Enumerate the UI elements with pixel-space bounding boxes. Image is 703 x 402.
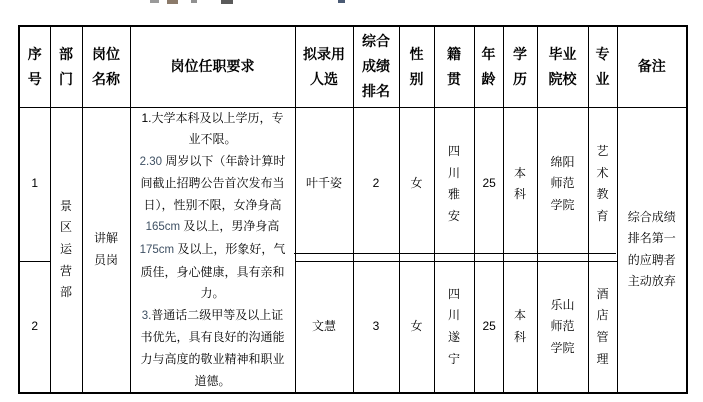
cell-department: 景区运营部 [50, 107, 82, 393]
header-position: 岗位名称 [82, 26, 130, 107]
header-candidate: 拟录用人选 [295, 26, 353, 107]
cell-position: 讲解员岗 [82, 107, 130, 393]
cell-education-1: 本科 [503, 107, 537, 261]
cell-rank-1: 2 [353, 107, 399, 261]
cell-age-1: 25 [474, 107, 503, 261]
recruitment-table: 序号 部门 岗位名称 岗位任职要求 拟录用人选 综合成绩排名 性别 籍贯 年龄 … [18, 25, 688, 394]
cell-school-1: 绵阳师范学院 [537, 107, 588, 261]
cell-remark: 综合成绩排名第一的应聘者主动放弃 [617, 107, 687, 393]
cell-candidate-1: 叶千姿 [295, 107, 353, 261]
clipped-text-fragment [338, 0, 345, 3]
header-major: 专业 [588, 26, 617, 107]
cell-requirements: 1.大学本科及以上学历，专业不限。2.30 周岁以下（年龄计算时间截止招聘公告首… [130, 107, 295, 393]
cell-candidate-2: 文慧 [295, 261, 353, 393]
clipped-text-fragment [191, 0, 197, 3]
clipped-text-fragment [221, 0, 233, 4]
header-remark: 备注 [617, 26, 687, 107]
clipped-text-fragment [167, 0, 178, 4]
cell-seq-1: 1 [19, 107, 50, 261]
cell-hometown-1: 四川雅安 [434, 107, 474, 261]
cell-hometown-2: 四川遂宁 [434, 261, 474, 393]
header-gender: 性别 [399, 26, 434, 107]
cell-education-2: 本科 [503, 261, 537, 393]
cell-age-2: 25 [474, 261, 503, 393]
cell-gender-2: 女 [399, 261, 434, 393]
cell-seq-2: 2 [19, 261, 50, 393]
cell-gender-1: 女 [399, 107, 434, 261]
header-row: 序号 部门 岗位名称 岗位任职要求 拟录用人选 综合成绩排名 性别 籍贯 年龄 … [19, 26, 687, 107]
header-requirements: 岗位任职要求 [130, 26, 295, 107]
clipped-text-fragment [150, 0, 159, 3]
header-hometown: 籍贯 [434, 26, 474, 107]
header-seq: 序号 [19, 26, 50, 107]
header-department: 部门 [50, 26, 82, 107]
table-row: 1 景区运营部 讲解员岗 1.大学本科及以上学历，专业不限。2.30 周岁以下（… [19, 107, 687, 261]
header-rank: 综合成绩排名 [353, 26, 399, 107]
header-school: 毕业院校 [537, 26, 588, 107]
cell-major-1: 艺术教育 [588, 107, 617, 261]
cell-major-2: 酒店管理 [588, 261, 617, 393]
page: 序号 部门 岗位名称 岗位任职要求 拟录用人选 综合成绩排名 性别 籍贯 年龄 … [0, 0, 703, 402]
header-education: 学历 [503, 26, 537, 107]
header-age: 年龄 [474, 26, 503, 107]
cell-school-2: 乐山师范学院 [537, 261, 588, 393]
row-divider-line [294, 253, 616, 254]
cell-rank-2: 3 [353, 261, 399, 393]
